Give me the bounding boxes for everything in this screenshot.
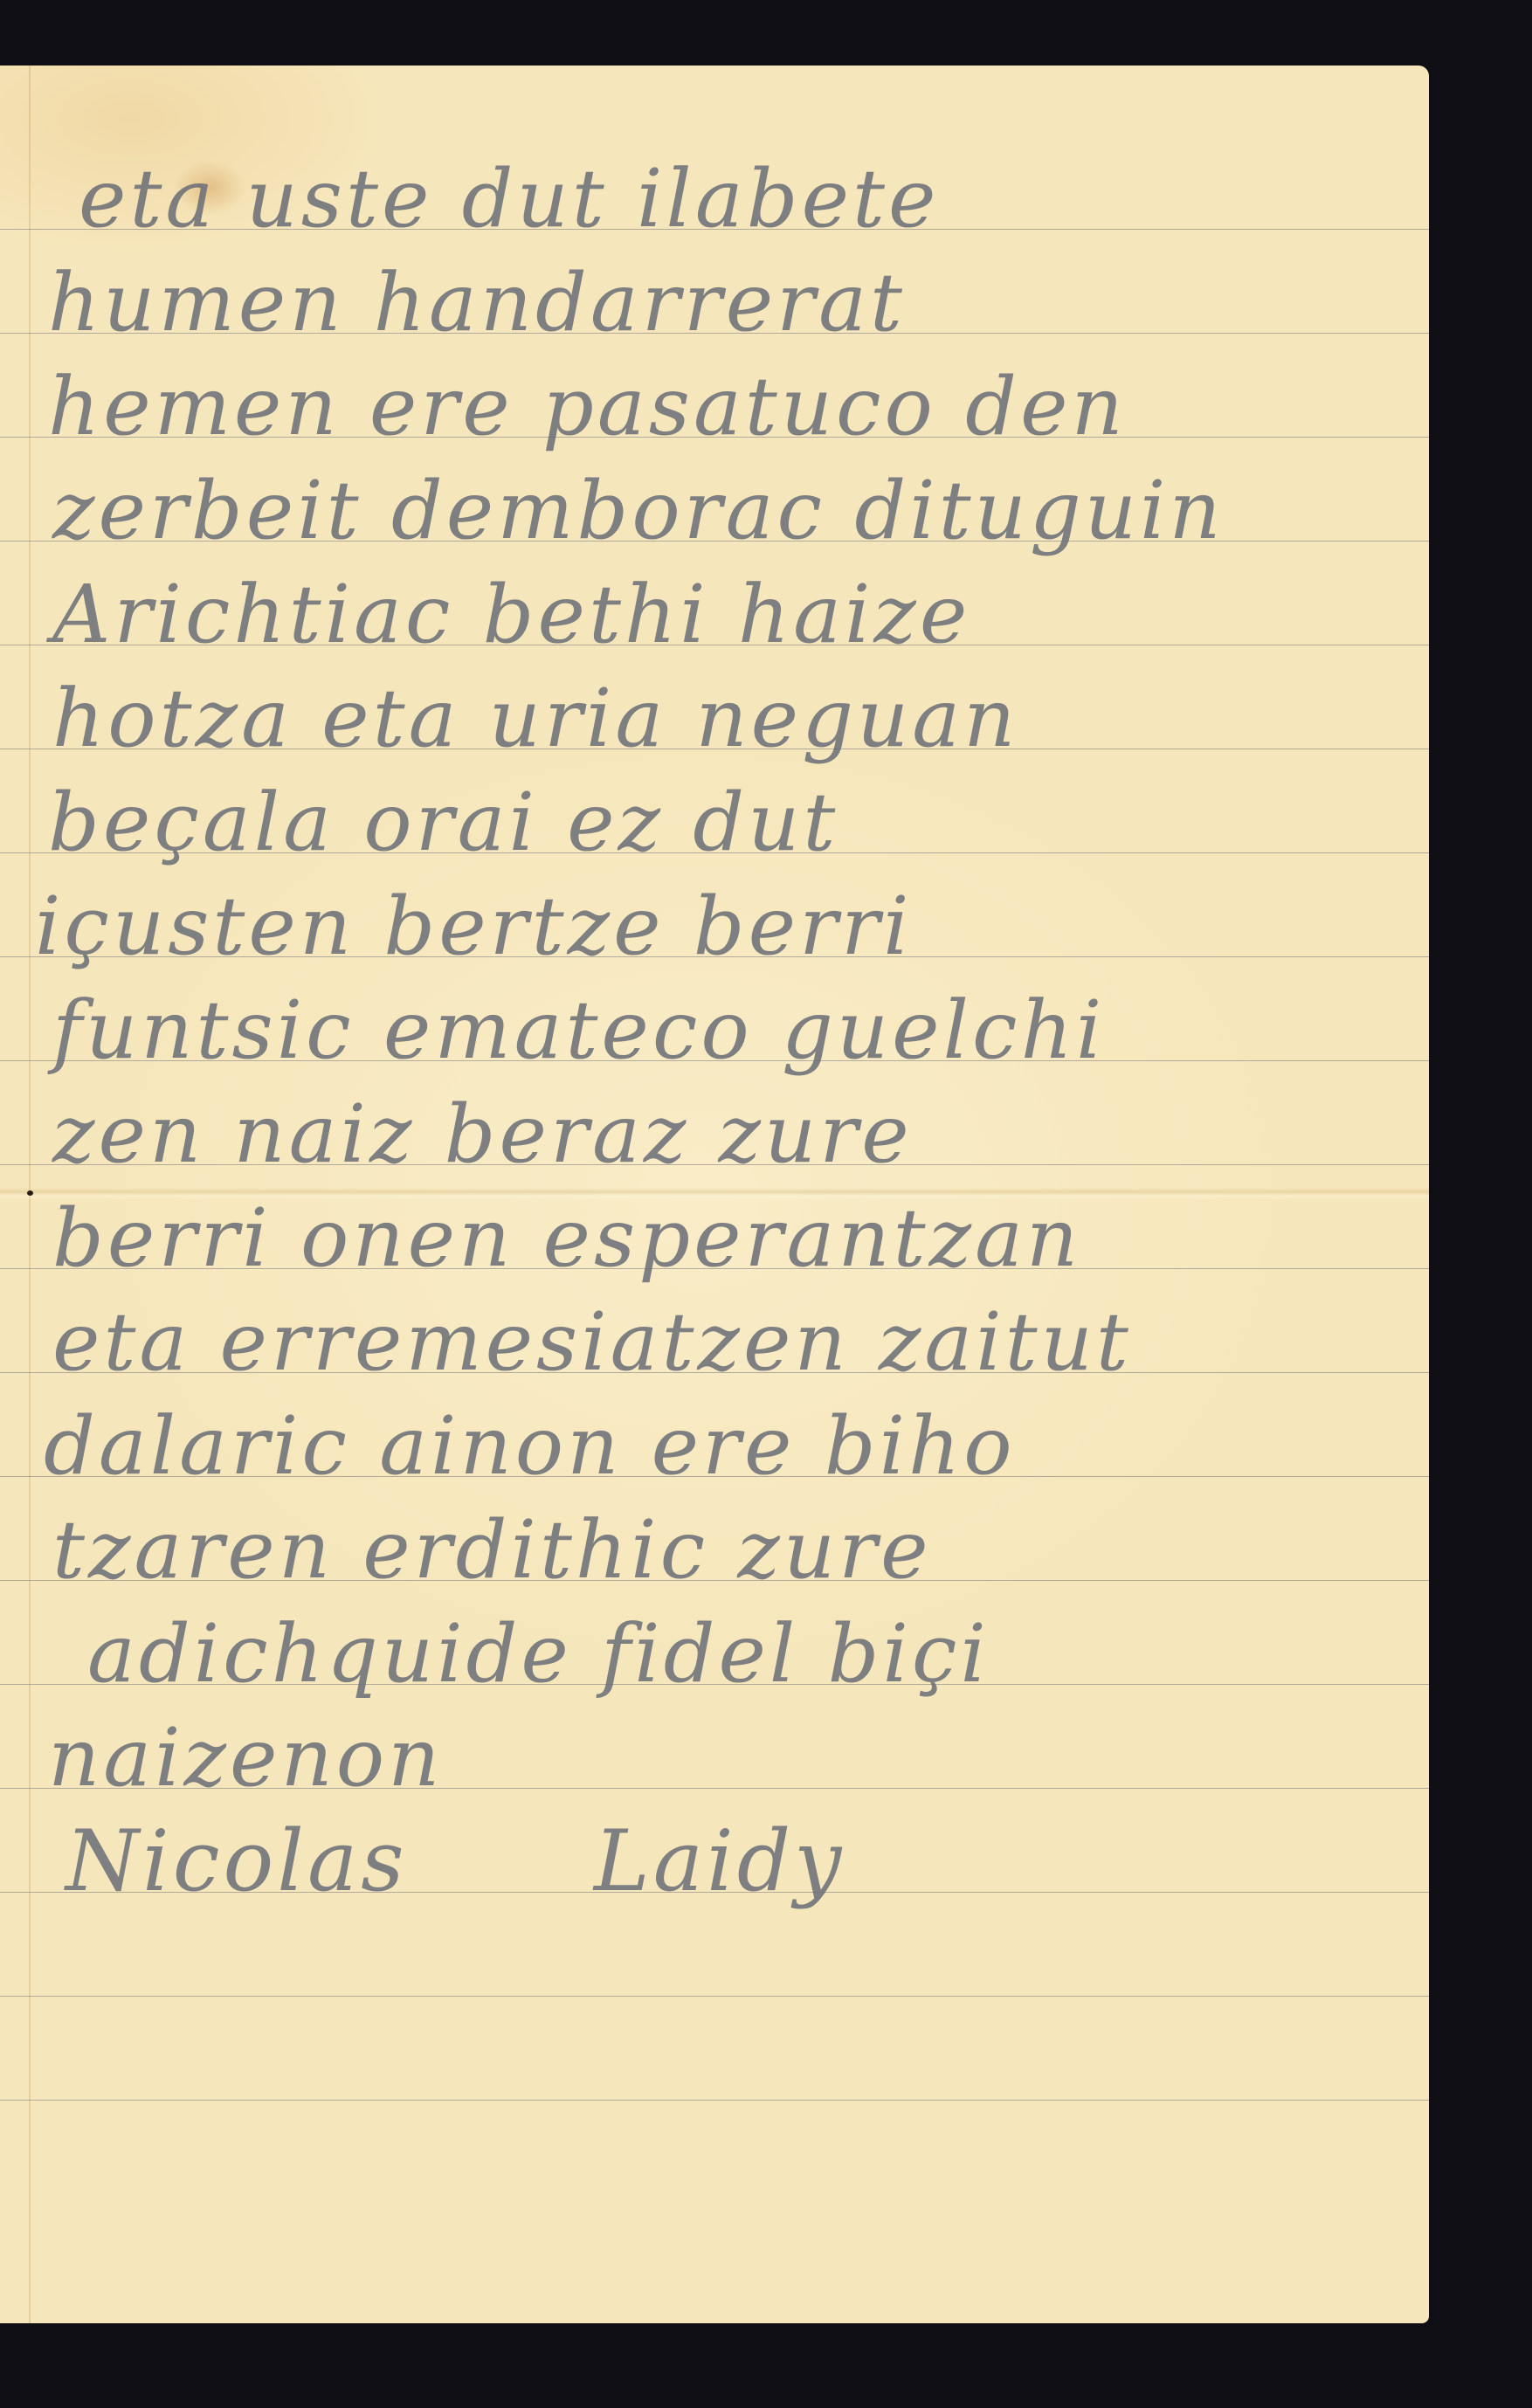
signature-first-name: Nicolas <box>66 1819 407 1903</box>
ruled-line <box>0 1996 1429 1997</box>
letter-line-11: berri onen esperantzan <box>52 1198 1081 1279</box>
letter-line-14: tzaren erdithic zure <box>52 1510 932 1590</box>
letter-line-16: naizenon <box>48 1718 443 1798</box>
letter-line-3: hemen ere pasatuco den <box>48 367 1127 447</box>
signature-last-name: Laidy <box>594 1819 845 1903</box>
letter-line-10: zen naiz beraz zure <box>52 1094 913 1175</box>
letter-line-4: zerbeit demborac dituguin <box>52 471 1225 551</box>
letter-line-15: adichquide fidel biçi <box>87 1614 990 1694</box>
letter-line-5: Arichtiac bethi haize <box>52 575 970 655</box>
letter-line-13: dalaric ainon ere biho <box>44 1406 1016 1487</box>
letter-line-12: eta erremesiatzen zaitut <box>52 1302 1132 1383</box>
letter-line-8: içusten bertze berri <box>35 887 913 967</box>
letter-line-7: beçala orai ez dut <box>48 783 838 863</box>
ruled-line <box>0 2100 1429 2101</box>
letter-line-1: eta uste dut ilabete <box>79 159 939 239</box>
letter-line-2: humen handarrerat <box>48 263 906 343</box>
letter-line-9: funtsic emateco guelchi <box>52 990 1105 1071</box>
fold-ink-spot <box>27 1190 33 1196</box>
letter-paper: eta uste dut ilabete humen handarrerat h… <box>0 66 1429 2323</box>
letter-line-6: hotza eta uria neguan <box>52 679 1018 759</box>
